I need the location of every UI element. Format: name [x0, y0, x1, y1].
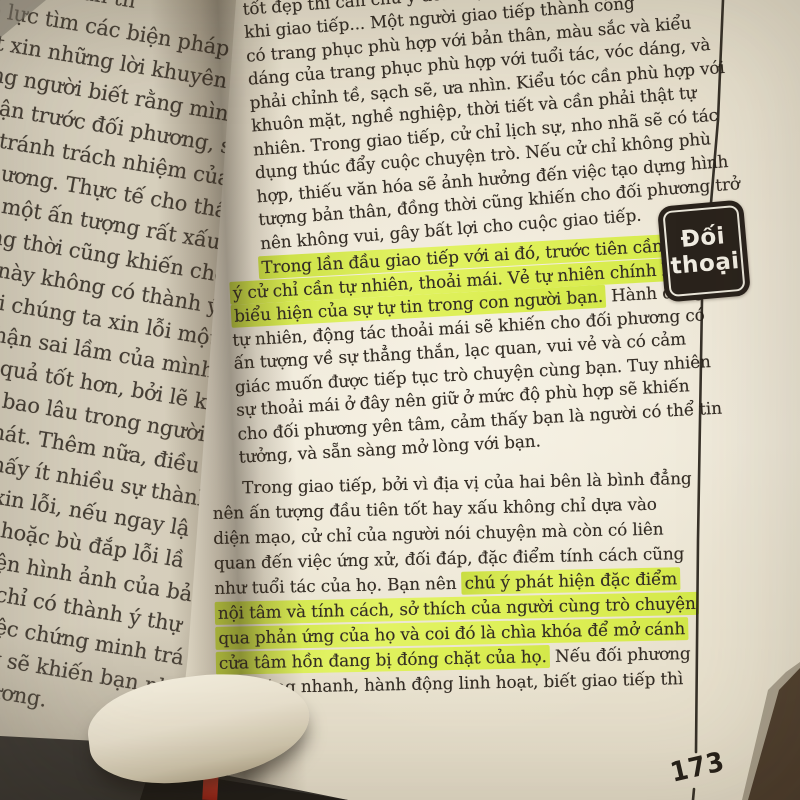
book-photo: Muốn đổitốt đẹp thì cần chú ý đến diệkhi…	[0, 0, 800, 800]
highlighted-text: chú ý phát hiện đặc điểm	[461, 567, 680, 595]
chapter-tab-badge: Đối thoại	[657, 199, 751, 302]
paragraph-first-impression: Trong lần đầu giao tiếp với ai đó, trước…	[228, 233, 709, 470]
chapter-tab-label-line1: Đối	[680, 223, 727, 253]
body-text: Nếu đối phương	[550, 643, 691, 666]
chapter-tab-frame: Đối thoại	[662, 205, 745, 297]
paragraph-appearance: Muốn đổitốt đẹp thì cần chú ý đến diệkhi…	[240, 0, 730, 255]
chapter-tab-label-line2: thoại	[670, 248, 741, 280]
